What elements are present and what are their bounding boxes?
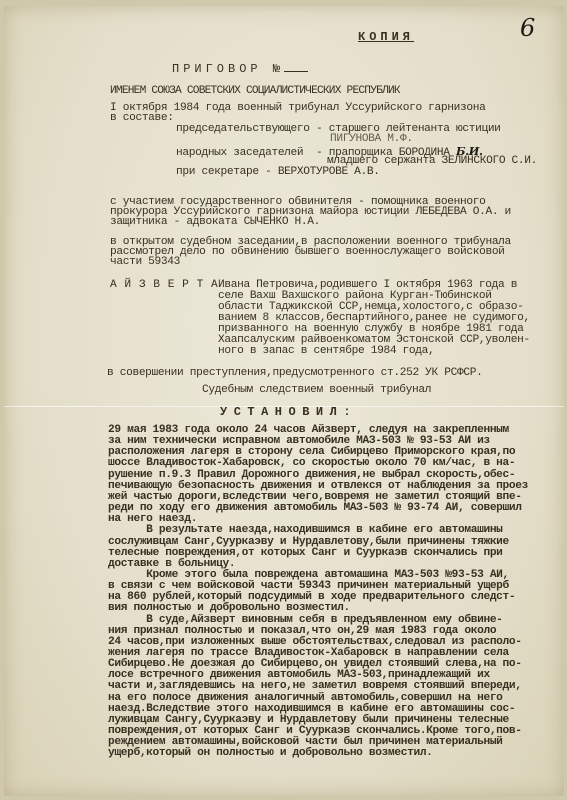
defendant-bio-line: ного в запас в сентябре 1984 года, [218, 346, 434, 357]
copy-mark: КОПИЯ [358, 30, 414, 44]
secretary: при секретаре - ВЕРХОТУРОВЕ А.В. [176, 167, 380, 178]
established-heading: У С Т А Н О В И Л : [220, 407, 350, 418]
document-title: ПРИГОВОР № [172, 62, 308, 76]
verdict-body-line: телесные повреждения,от которых Санг и С… [108, 548, 503, 559]
handwritten-page-number: 6 [520, 14, 535, 42]
verdict-body-line: вия полностью и добровольно возместил. [108, 603, 350, 614]
verdict-body-line: шоссе Владивосток-Хабаровск, со скорость… [108, 458, 515, 469]
verdict-body-line: рушение п.9.3 Правил Дорожного движения,… [108, 470, 515, 481]
verdict-body-line: сослуживцам Санг,Сууркаэву и Нурдавлетов… [108, 537, 509, 548]
verdict-body-line: части и,заглядевшись на него,не заметил … [108, 681, 522, 692]
session-line-3: части 59343 [110, 257, 180, 268]
participants-line-3: защитника - адвоката СЫЧЕНКО Н.А. [110, 217, 320, 228]
presiding-judge-name: ПИГУНОВА М.Ф. [330, 134, 413, 145]
court-line-2: в составе: [110, 113, 174, 124]
judicial-inquiry: Судебным следствием военный трибунал [202, 385, 431, 396]
title-text: ПРИГОВОР № [172, 62, 284, 76]
title-number-blank [284, 71, 308, 72]
verdict-body-line: на его полосе движения аналогичный автом… [108, 693, 503, 704]
verdict-body-line: В результате наезда,находившимся в кабин… [108, 525, 503, 536]
charge: в совершении преступления,предусмотренно… [107, 368, 482, 379]
defendant-surname: А Й З В Е Р Т А [110, 280, 218, 291]
preamble: ИМЕНЕМ СОЮЗА СОВЕТСКИХ СОЦИАЛИСТИЧЕСКИХ … [110, 86, 400, 97]
verdict-body-line: В суде,Айзверт виновным себя в предъявле… [108, 615, 503, 626]
verdict-body-line: ущерб,который он полностью и добровольно… [108, 748, 433, 759]
